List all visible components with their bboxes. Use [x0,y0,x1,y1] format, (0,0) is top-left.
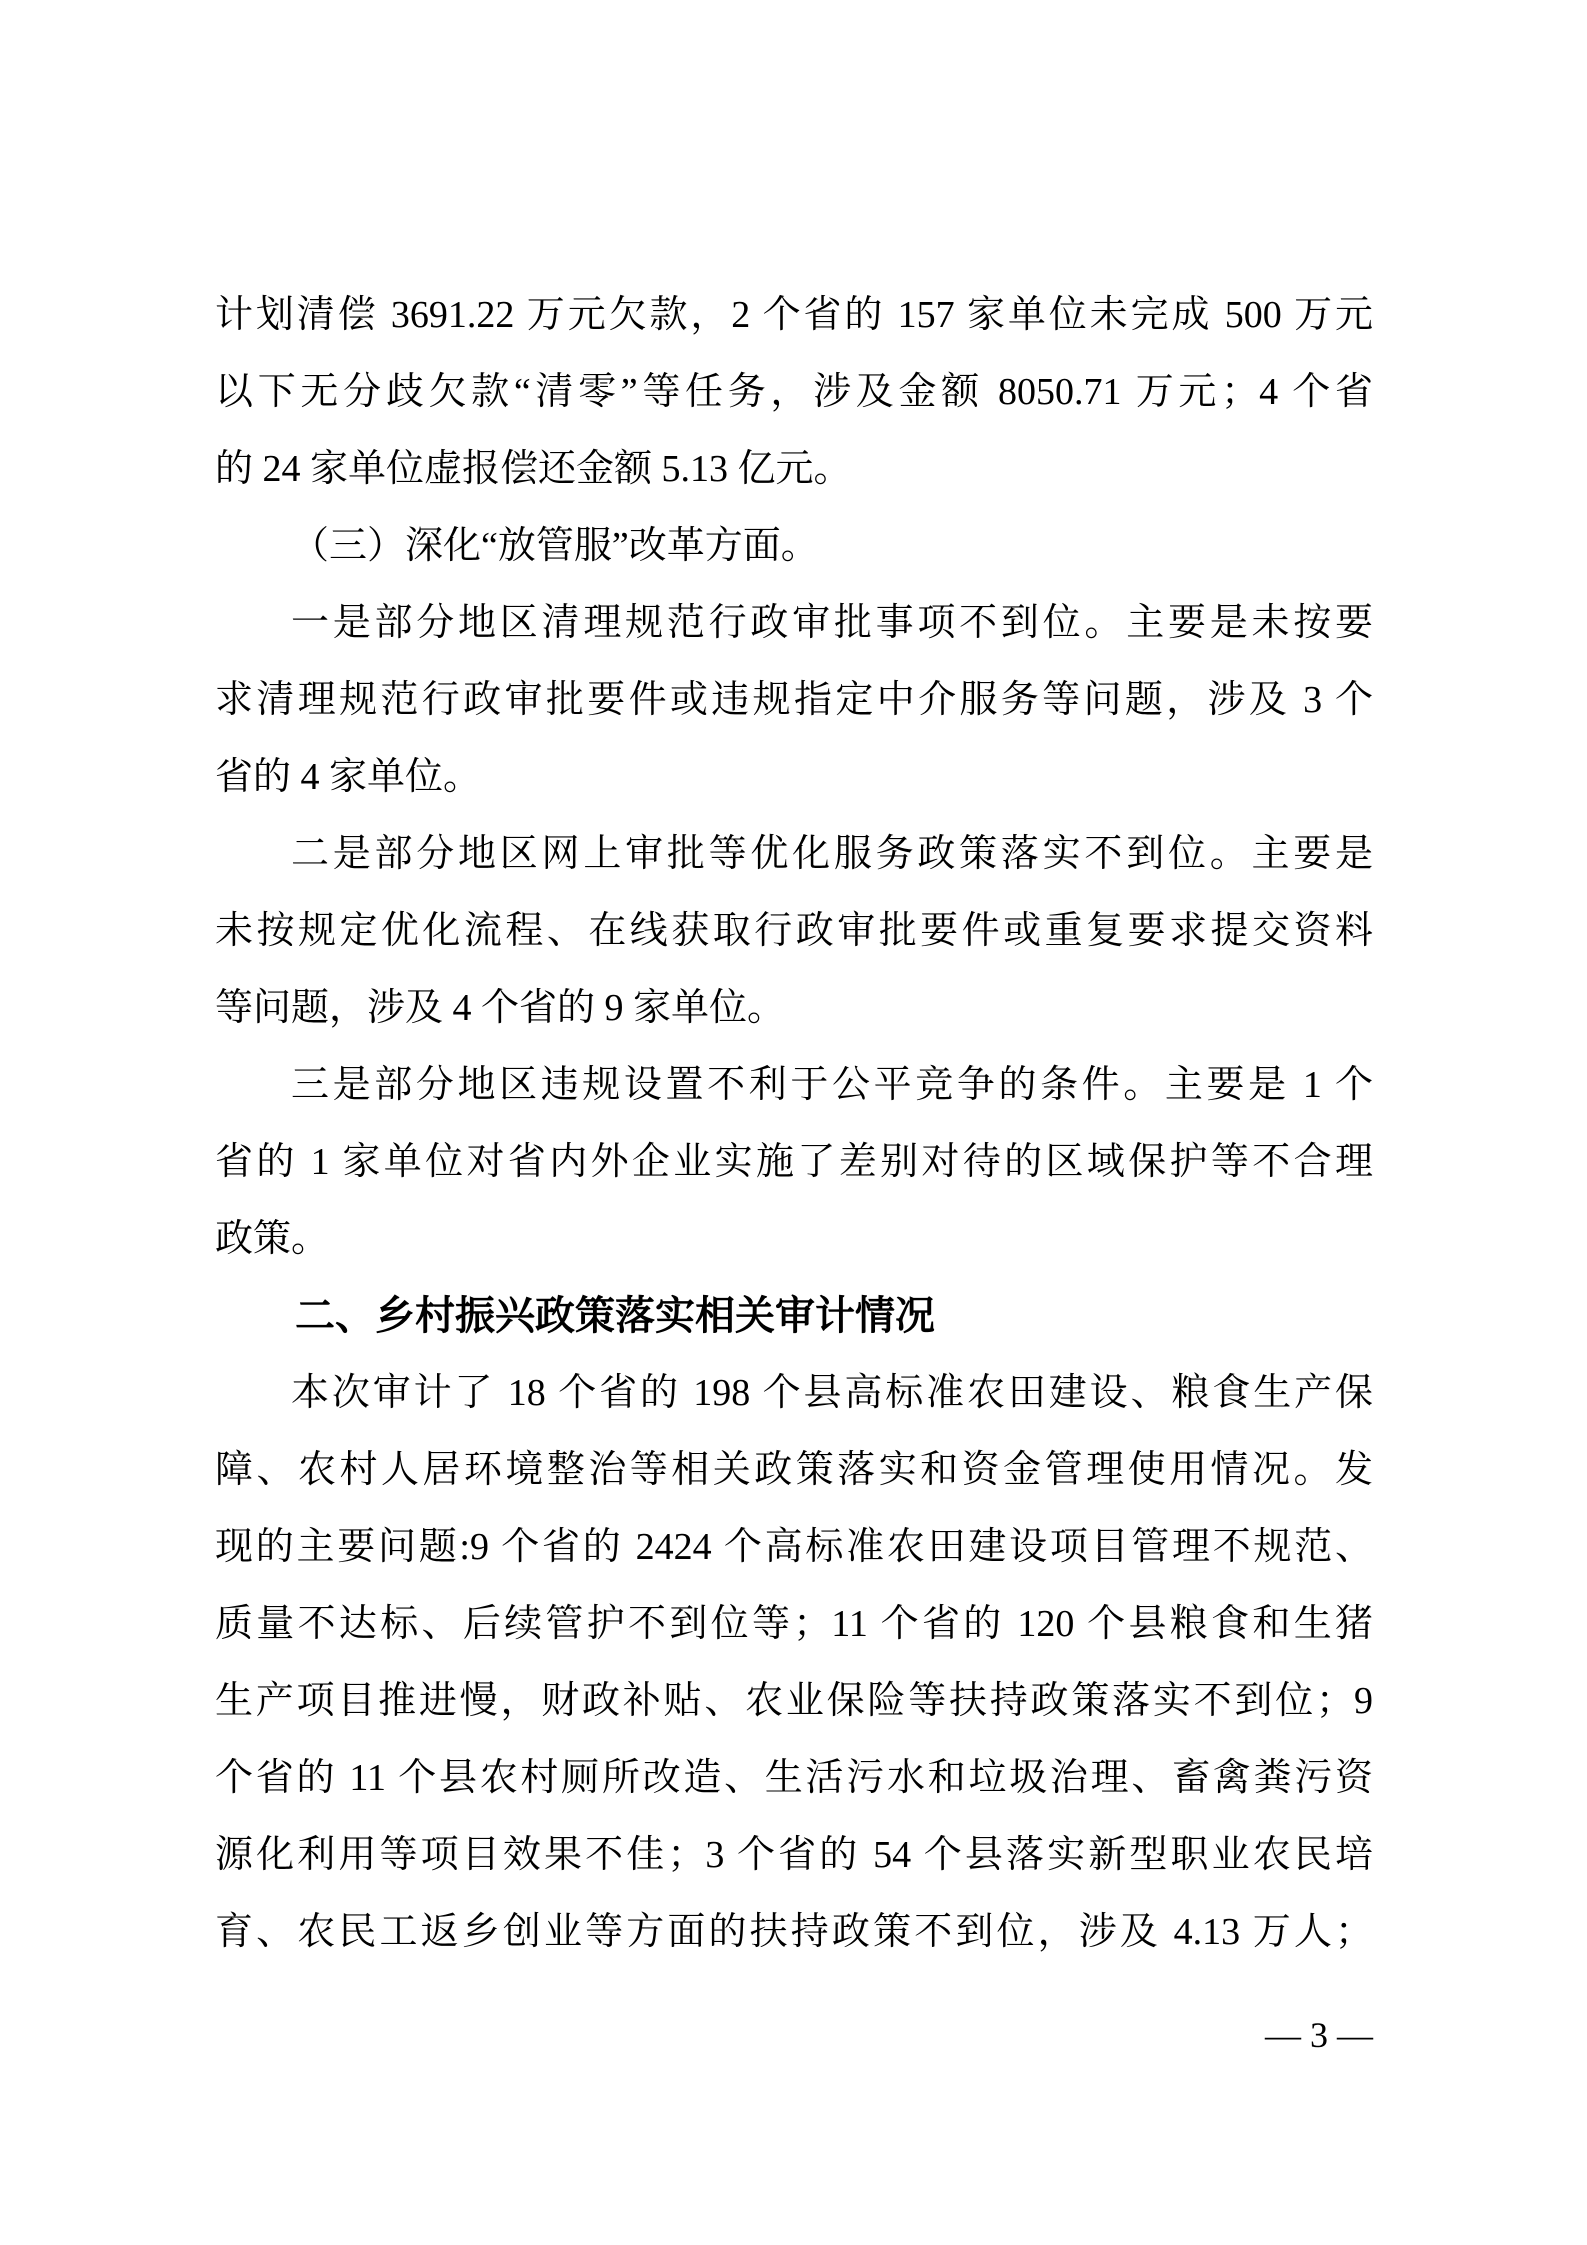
page-number: — 3 — [1265,2015,1373,2055]
section-heading: 二、乡村振兴政策落实相关审计情况 [215,1278,1373,1355]
body-text-line: 未按规定优化流程、在线获取行政审批要件或重复要求提交资料 [215,893,1373,970]
body-text-line: 个省的 11 个县农村厕所改造、生活污水和垃圾治理、畜禽粪污资 [215,1740,1373,1817]
body-text-line: 以下无分歧欠款“清零”等任务，涉及金额 8050.71 万元；4 个省 [215,354,1373,431]
body-text-line: 一是部分地区清理规范行政审批事项不到位。主要是未按要 [215,585,1373,662]
body-text-line: 育、农民工返乡创业等方面的扶持政策不到位，涉及 4.13 万人； [215,1894,1373,1971]
body-text-line: 质量不达标、后续管护不到位等；11 个省的 120 个县粮食和生猪 [215,1586,1373,1663]
body-text-line: 三是部分地区违规设置不利于公平竞争的条件。主要是 1 个 [215,1047,1373,1124]
body-text-line: 源化利用等项目效果不佳；3 个省的 54 个县落实新型职业农民培 [215,1817,1373,1894]
document-body: 计划清偿 3691.22 万元欠款，2 个省的 157 家单位未完成 500 万… [215,277,1373,1971]
body-text-line: 本次审计了 18 个省的 198 个县高标准农田建设、粮食生产保 [215,1355,1373,1432]
body-text-line: 省的 1 家单位对省内外企业实施了差别对待的区域保护等不合理 [215,1124,1373,1201]
body-text-line: 二是部分地区网上审批等优化服务政策落实不到位。主要是 [215,816,1373,893]
body-text-line: 省的 4 家单位。 [215,739,1373,816]
body-text-line: 等问题，涉及 4 个省的 9 家单位。 [215,970,1373,1047]
body-text-line: 的 24 家单位虚报偿还金额 5.13 亿元。 [215,431,1373,508]
body-text-line: 求清理规范行政审批要件或违规指定中介服务等问题，涉及 3 个 [215,662,1373,739]
document-page: 计划清偿 3691.22 万元欠款，2 个省的 157 家单位未完成 500 万… [0,0,1587,2245]
body-text-line: 政策。 [215,1201,1373,1278]
body-text-line: 障、农村人居环境整治等相关政策落实和资金管理使用情况。发 [215,1432,1373,1509]
subsection-heading: （三）深化“放管服”改革方面。 [215,508,1373,585]
body-text-line: 计划清偿 3691.22 万元欠款，2 个省的 157 家单位未完成 500 万… [215,277,1373,354]
page-footer: — 3 — [1265,2013,1373,2057]
body-text-line: 生产项目推进慢，财政补贴、农业保险等扶持政策落实不到位；9 [215,1663,1373,1740]
body-text-line: 现的主要问题:9 个省的 2424 个高标准农田建设项目管理不规范、 [215,1509,1373,1586]
